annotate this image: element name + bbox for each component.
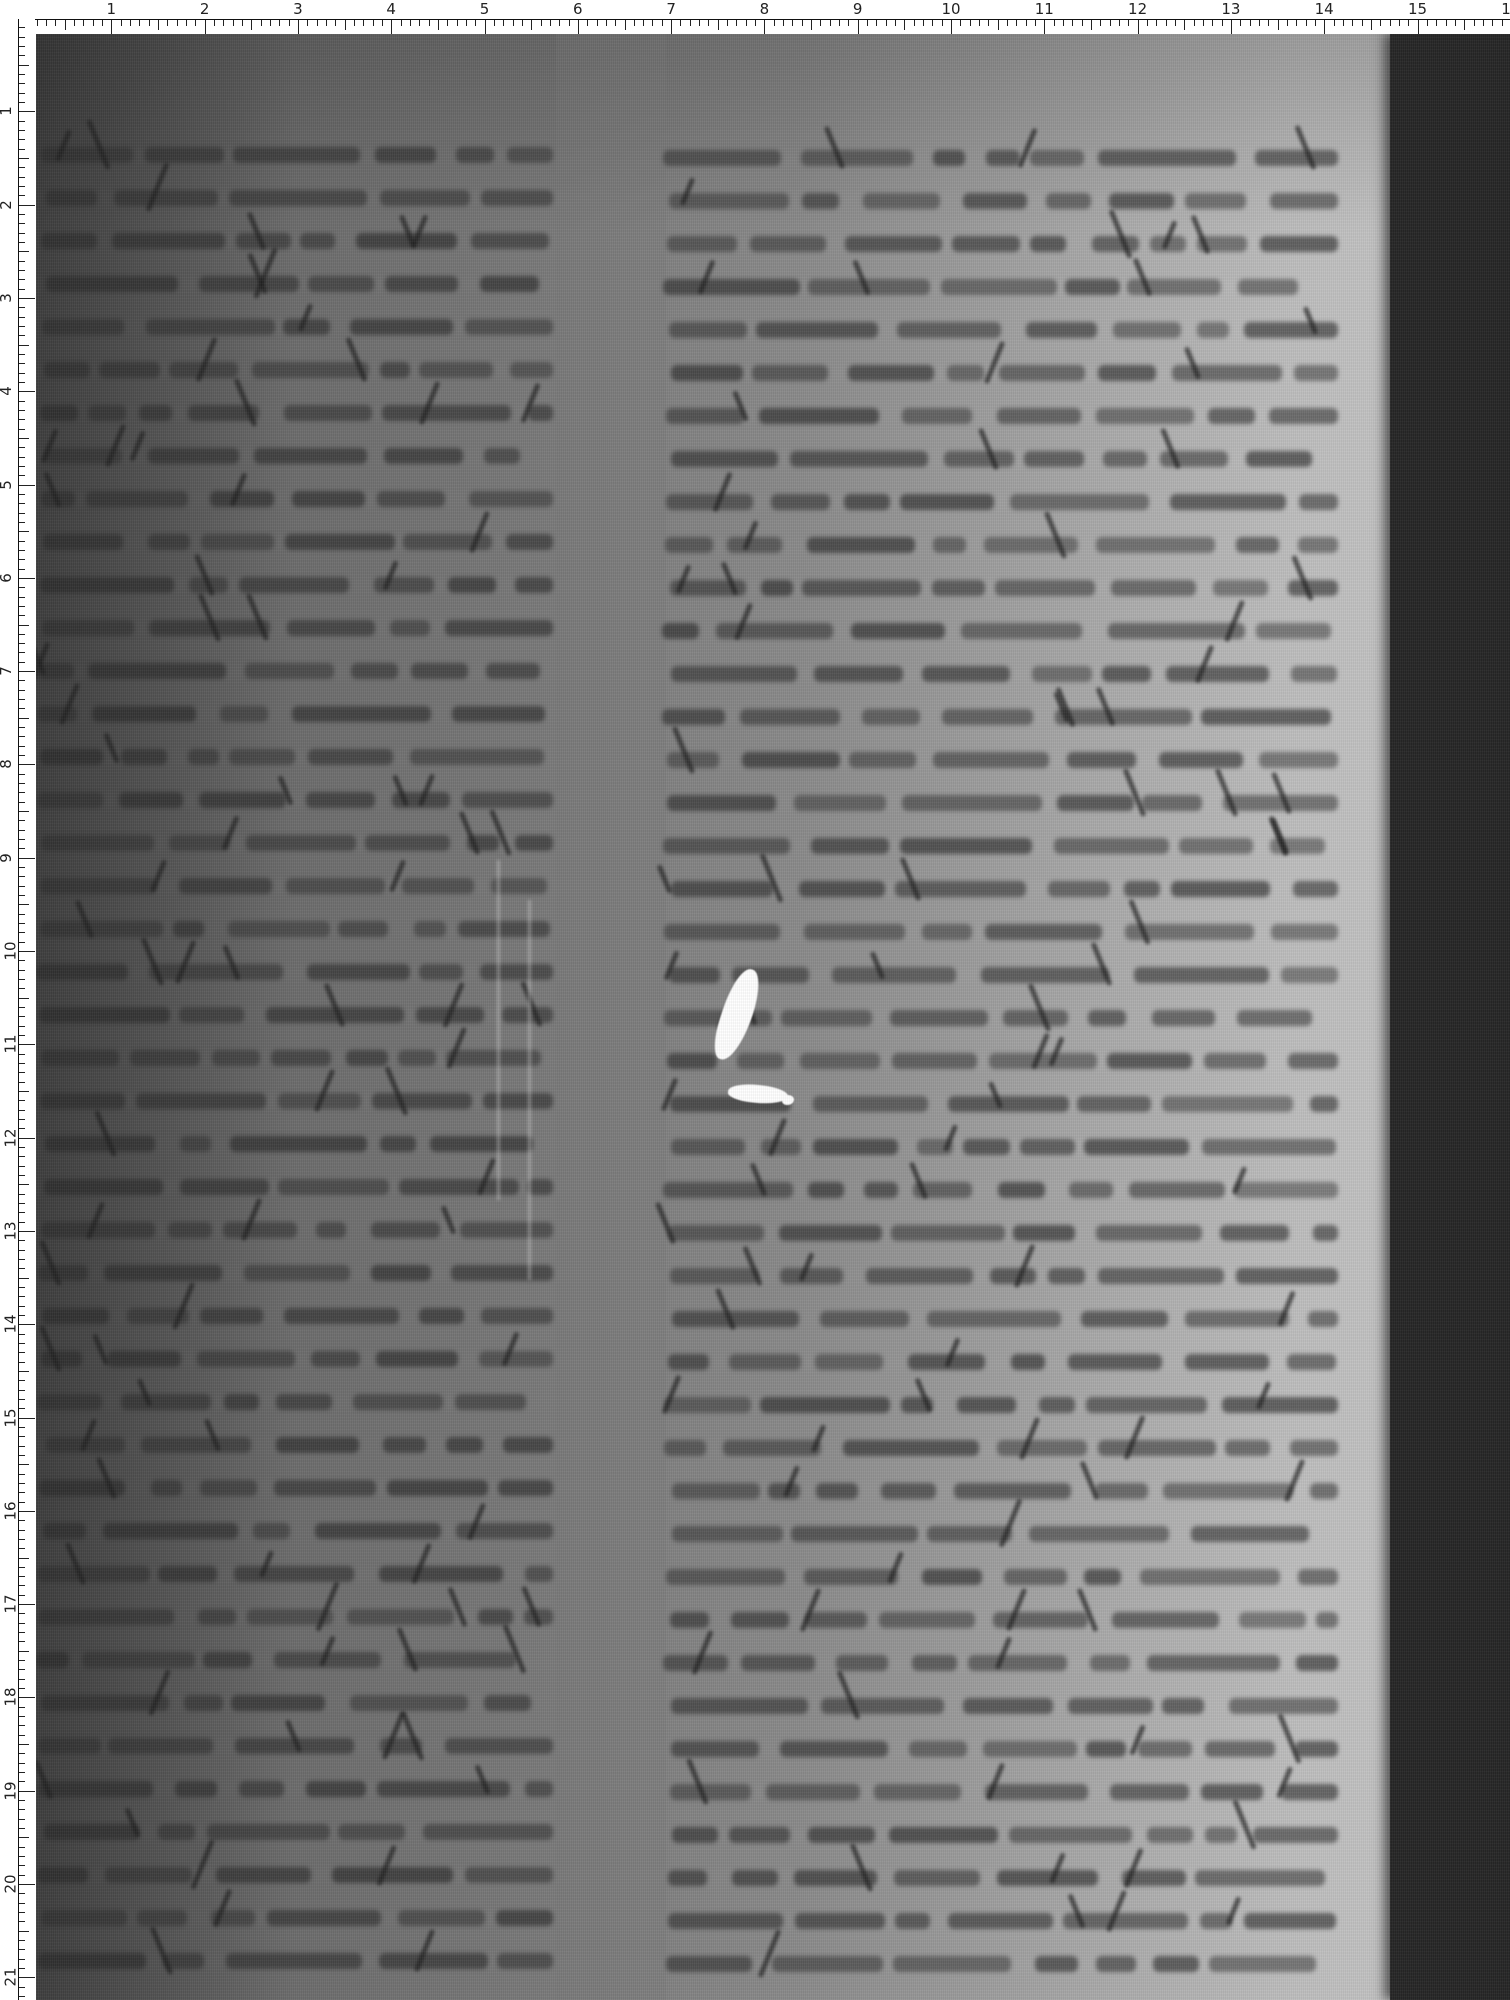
ruler-tick [19,970,25,971]
ink-word [1316,1612,1338,1628]
ink-word [895,1913,930,1929]
ruler-tick [1278,20,1279,30]
ruler-label: 2 [0,200,13,210]
ink-word [398,1910,485,1926]
ink-word [38,1609,174,1625]
ruler-tick [522,20,523,26]
ruler-tick [1166,20,1167,26]
manuscript-text-line [36,405,553,421]
ink-word [1102,666,1151,682]
ruler-tick [19,65,29,66]
ruler-tick [345,20,346,30]
ink-word [137,1910,187,1926]
ink-word [948,1913,1053,1929]
manuscript-text-line [662,1698,1338,1714]
ruler-tick [289,20,290,26]
ruler-tick [1455,20,1456,26]
ruler-tick [19,1231,35,1232]
ink-word [88,405,126,421]
ruler-tick [19,932,25,933]
ink-word [1246,451,1312,467]
ruler-tick [1399,20,1400,26]
ink-word [465,1867,553,1883]
ruler-tick [19,839,25,840]
ink-word [41,1050,119,1066]
ruler-tick [1110,20,1111,26]
manuscript-text-line [662,1569,1338,1585]
ink-word [742,752,840,768]
ruler-tick [19,279,25,280]
ink-word [445,620,553,636]
ink-word [38,1953,146,1969]
ruler-tick [19,643,25,644]
manuscript-text-line [662,365,1338,381]
ink-word [1271,924,1338,940]
ink-word [44,1179,163,1195]
ruler-tick [19,1679,25,1680]
ruler-tick [19,1744,29,1745]
ruler-tick [19,606,25,607]
ruler-tick [1362,20,1363,26]
ruler-tick [643,20,644,26]
manuscript-text-line [662,279,1338,295]
ruler-tick [139,20,140,26]
ink-word [942,709,1033,725]
ruler-tick [19,755,25,756]
ruler-tick [19,923,25,924]
ink-word [37,1867,88,1883]
ruler-tick [1184,20,1185,30]
ink-word [808,1827,875,1843]
ink-word [1179,838,1253,854]
ruler-tick [1147,20,1148,26]
manuscript-text-line [662,193,1338,209]
ruler-tick [19,1819,25,1820]
ink-word [990,1268,1036,1284]
ink-word [893,1956,1011,1972]
ink-word [892,1053,977,1069]
ruler-tick [19,1753,25,1754]
ink-word [379,1953,488,1969]
ink-word [1081,1311,1168,1327]
ruler-tick [774,20,775,26]
ruler-tick [121,20,122,26]
ink-word [1244,1913,1336,1929]
ink-word [37,1566,150,1582]
ink-word [376,1351,458,1367]
ruler-tick [19,699,25,700]
ink-word [92,706,196,722]
ink-word [781,1010,872,1026]
ruler-tick [886,20,887,26]
ink-word [411,663,468,679]
ink-word [86,491,188,507]
ink-word [398,1050,436,1066]
ruler-label: 14 [4,1315,18,1334]
ruler-tick [914,20,915,26]
ruler-tick [1352,20,1353,26]
ruler-tick [998,20,999,30]
ink-word [399,1179,519,1195]
ink-word [149,964,283,980]
ink-word [1035,1956,1078,1972]
ink-word [365,835,450,851]
ink-word [752,365,828,381]
ruler-tick [970,20,971,26]
ink-word [481,1308,553,1324]
manuscript-text-line [662,1483,1338,1499]
ruler-tick [1212,20,1213,26]
ink-word [188,749,219,765]
ruler-tick [960,20,961,26]
ink-word [1113,322,1181,338]
ink-word [662,623,699,639]
ink-word [1201,1784,1263,1800]
ruler-tick [19,1492,25,1493]
ruler-tick [19,1147,25,1148]
ink-word [338,921,388,937]
ruler-tick [19,354,25,355]
ink-word [1239,1612,1306,1628]
ink-word [1159,752,1243,768]
ruler-tick [83,20,84,26]
ink-word [672,1526,783,1542]
ink-word [36,964,128,980]
ruler-tick [149,20,150,26]
ruler-label: 5 [480,1,490,17]
ink-word [790,451,928,467]
manuscript-text-line [662,1440,1338,1456]
ruler-tick [37,20,38,26]
ink-word [670,1612,709,1628]
ruler-label: 10 [941,1,960,17]
ruler-tick [167,20,168,26]
ruler-tick [19,1847,25,1848]
ink-word [287,620,375,636]
ink-word [285,534,395,550]
manuscript-text-line [36,1652,553,1668]
ruler-tick [19,513,25,514]
ink-word [1057,795,1134,811]
ink-word [40,749,103,765]
ink-word [1185,193,1246,209]
ruler-tick [19,37,25,38]
ink-word [383,1437,426,1453]
ruler-tick [1138,20,1139,34]
ink-word [40,577,174,593]
ink-word [1172,365,1282,381]
ruler-tick [19,1763,25,1764]
ruler-tick [19,708,25,709]
manuscript-text-line [36,706,553,722]
ink-word [1191,1526,1309,1542]
ruler-label: 6 [0,573,13,583]
ruler-tick [438,20,439,30]
ink-word [1138,1741,1192,1757]
ink-word [723,1440,821,1456]
ruler-tick [19,1212,25,1213]
ruler-tick [19,652,25,653]
ink-word [836,1655,888,1671]
ruler-tick [736,20,737,26]
ink-word [308,749,393,765]
ruler-tick [1268,20,1269,26]
ink-word [1095,1483,1148,1499]
ink-word [1046,193,1091,209]
manuscript-text-line [36,1781,553,1797]
ink-word [1020,1139,1075,1155]
ruler-tick [19,485,35,486]
ink-word [668,1913,783,1929]
ink-word [1162,1096,1293,1112]
ruler-tick [19,625,29,626]
ink-word [663,150,781,166]
ink-word [1088,1010,1126,1026]
ink-word [1201,709,1331,725]
ink-word [210,491,274,507]
vertical-ruler: 123456789101112131415161718192021 [0,0,35,2000]
ink-word [375,147,436,163]
ink-word [1068,1698,1153,1714]
ink-word [731,1612,789,1628]
manuscript-text-line [662,666,1338,682]
ink-word [900,838,1032,854]
ruler-tick [19,1455,25,1456]
manuscript-text-line [662,1139,1338,1155]
ruler-tick [19,121,25,122]
ink-word [201,534,274,550]
ruler-tick [19,1903,25,1904]
ink-word [414,921,446,937]
ruler-label: 9 [853,1,863,17]
ruler-tick [19,1128,25,1129]
manuscript-text-line [36,1437,553,1453]
ink-word [804,924,905,940]
ruler-tick [19,1138,35,1139]
ink-word [148,534,190,550]
ruler-tick [19,1856,25,1857]
ink-word [387,1480,488,1496]
ink-word [1213,580,1268,596]
ruler-tick [55,20,56,26]
ink-word [933,537,966,553]
ruler-tick [177,20,178,26]
ink-word [1109,193,1174,209]
ruler-label: 16 [4,1501,18,1520]
ink-word [941,279,1057,295]
ink-word [1147,1655,1280,1671]
ink-word [226,1953,362,1969]
manuscript-text-line [662,1913,1338,1929]
manuscript-text-line [36,964,553,980]
ruler-tick [19,270,25,271]
ruler-tick [19,1380,25,1381]
ruler-tick [867,20,868,26]
ink-word [1225,1440,1270,1456]
ruler-tick [19,1408,25,1409]
ruler-tick [19,130,25,131]
ink-word [1260,236,1338,252]
ruler-tick [19,391,35,392]
ink-word [486,663,540,679]
ink-word [46,190,97,206]
ink-word [498,1480,553,1496]
ruler-tick [625,20,626,30]
ink-word [44,1824,140,1840]
ink-word [1110,1784,1189,1800]
manuscript-text-line [36,1910,553,1926]
ruler-tick [876,20,877,26]
ink-word [480,276,539,292]
ruler-label: 21 [4,1968,18,1987]
manuscript-text-line [36,1695,553,1711]
ruler-tick [1287,20,1288,26]
ink-word [371,1265,431,1281]
ink-word [151,1480,182,1496]
ink-word [1291,666,1337,682]
ink-word [229,190,367,206]
ruler-tick [457,20,458,26]
ink-word [105,1867,192,1883]
ruler-tick [19,867,25,868]
ink-word [42,319,124,335]
ink-word [963,1698,1053,1714]
ruler-tick [19,1240,25,1241]
ruler-tick [19,373,25,374]
ink-word [662,709,725,725]
ink-word [844,494,890,510]
ink-word [483,1093,553,1109]
ruler-tick [19,233,25,234]
ink-word [197,1351,295,1367]
ink-word [771,494,830,510]
manuscript-text-line [36,1566,553,1582]
ruler-tick [19,914,25,915]
ruler-tick [1054,20,1055,26]
ink-word [874,1784,961,1800]
ruler-tick [1408,20,1409,26]
ruler-tick [261,20,262,26]
ruler-tick [19,1390,25,1391]
ruler-tick [19,261,25,262]
ruler-tick [932,20,933,26]
manuscript-text-line [36,1867,553,1883]
ruler-tick [19,223,25,224]
ink-word [1171,881,1270,897]
ruler-tick [19,457,25,458]
ink-word [791,1526,918,1542]
ink-word [478,1609,513,1625]
ink-word [382,405,511,421]
ruler-tick [19,671,35,672]
ink-word [968,1655,1067,1671]
ruler-tick [19,475,25,476]
ink-word [292,706,431,722]
ruler-tick [830,20,831,26]
ink-word [947,365,984,381]
ruler-tick [1222,20,1223,26]
ruler-tick [1315,20,1316,26]
ruler-label: 9 [0,853,13,863]
ink-word [666,494,753,510]
ink-word [244,1265,350,1281]
ruler-tick [923,20,924,26]
ink-word [1084,1569,1121,1585]
ink-word [912,1655,957,1671]
manuscript-text-line [662,623,1338,639]
manuscript-text-line [662,881,1338,897]
ink-word [729,1827,790,1843]
ink-word [224,1394,259,1410]
manuscript-text-line [662,1225,1338,1241]
ink-word [729,1354,801,1370]
ruler-tick [1044,20,1045,34]
ink-word [670,1268,759,1284]
ink-word [663,1182,793,1198]
ruler-tick [1007,20,1008,26]
ruler-tick [19,177,25,178]
ink-word [1197,322,1229,338]
ruler-tick [1427,20,1428,26]
ink-word [307,964,410,980]
ink-word [130,1050,200,1066]
ink-word [986,150,1020,166]
ruler-tick [848,20,849,26]
ruler-tick [942,20,943,26]
ruler-tick [19,1483,25,1484]
ruler-tick [746,20,747,26]
ink-word [41,1910,127,1926]
ruler-tick [19,848,25,849]
ink-word [664,1440,706,1456]
ink-word [1032,666,1092,682]
ruler-tick [19,1893,25,1894]
ruler-tick [410,20,411,26]
ink-word [1166,666,1269,682]
ruler-tick [19,1809,25,1810]
ruler-tick [19,727,25,728]
ink-word [158,1566,217,1582]
ruler-tick [419,20,420,26]
ink-word [274,1480,376,1496]
ruler-tick [19,1735,25,1736]
manuscript-text-line [36,491,553,507]
manuscript-text-line [36,1953,553,1969]
ink-word [665,537,713,553]
ruler-tick [858,20,859,34]
ink-word [267,1910,381,1926]
ink-word [38,1738,101,1754]
ink-word [845,236,942,252]
ink-word [862,709,920,725]
ink-word [866,1268,973,1284]
ink-word [484,448,520,464]
ruler-tick [19,1268,25,1269]
ruler-tick [513,20,514,26]
ruler-tick [326,20,327,26]
ruler-label: 8 [760,1,770,17]
manuscript-text-line [662,967,1338,983]
ruler-tick [19,1865,25,1866]
ink-word [229,749,295,765]
ink-word [671,666,797,682]
ink-word [469,491,553,507]
ink-word [377,1781,510,1797]
ink-word [198,1609,236,1625]
ruler-tick [662,20,663,26]
ruler-tick [19,559,25,560]
ink-word [1293,881,1338,897]
